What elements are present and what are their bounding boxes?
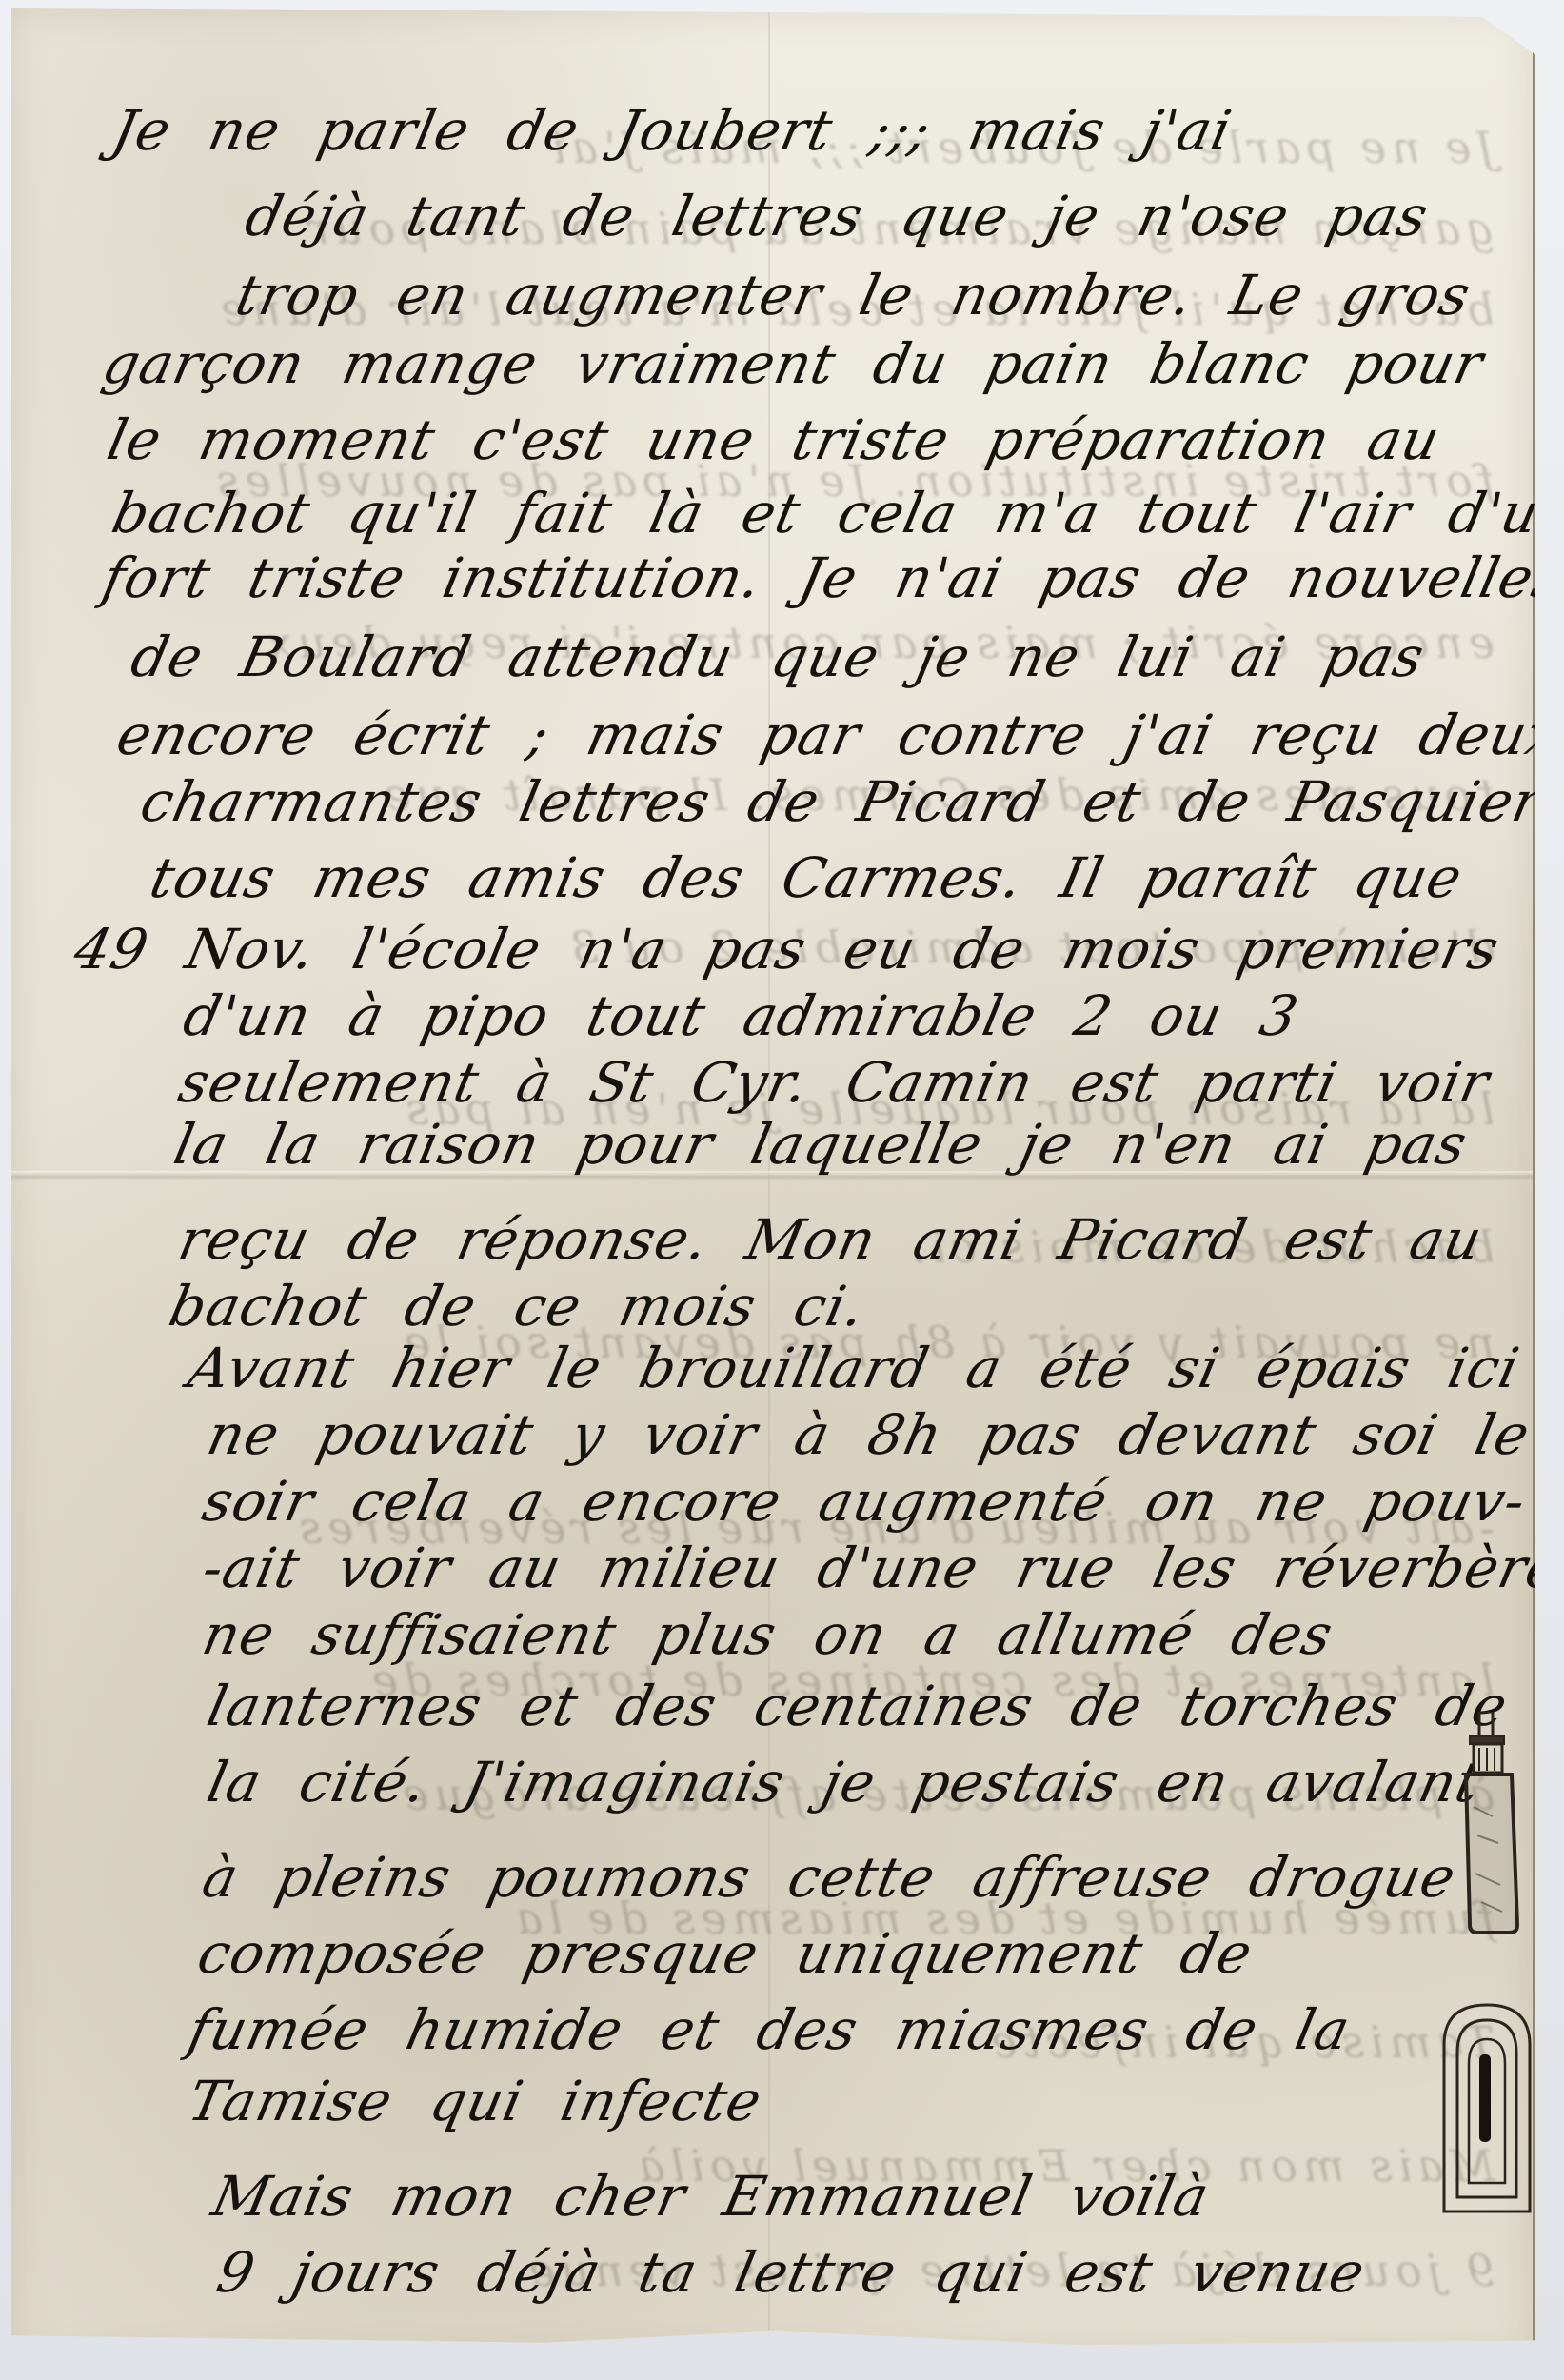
stoppered-vial-sketch [1449,1712,1534,1940]
letter-line: 49 Nov. l'école n'a pas eu de mois premi… [69,917,1505,982]
letter-line: ne pouvait y voir à 8h pas devant soi le [202,1402,1535,1467]
letter-line: la cité. J'imaginais je pestais en avala… [202,1750,1487,1815]
letter-line: déjà tant de lettres que je n'ose pas [240,184,1435,248]
letter-line: fort triste institution. Je n'ai pas de … [97,545,1564,610]
letter-line: lanternes et des centaines de torches de [202,1674,1514,1738]
letter-line: tous mes amis des Carmes. Il paraît que [145,845,1468,910]
letter-line: soir cela a encore augmenté on ne pouv- [197,1469,1532,1534]
arched-lamp-sketch [1435,1997,1539,2216]
letter-line: Tamise qui infecte [183,2069,768,2133]
letter-line: charmantes lettres de Picard et de Pasqu… [135,769,1548,834]
letter-line: encore écrit ; mais par contre j'ai reçu… [111,703,1564,767]
letter-line: garçon mange vraiment du pain blanc pour [97,331,1490,396]
letter-line: bachot de ce mois ci. [164,1274,871,1339]
letter-body: Je ne parle de Joubert ;;; mais j'ai déj… [11,8,1533,2359]
letter-line: la la raison pour laquelle je n'en ai pa… [168,1112,1473,1177]
letter-line: reçu de réponse. Mon ami Picard est au [173,1207,1488,1272]
letter-line: d'un à pipo tout admirable 2 ou 3 [178,983,1304,1048]
letter-line: de Boulard attendu que je ne lui ai pas [126,625,1430,689]
letter-line: fumée humide et des miasmes de la [183,1997,1356,2062]
letter-line: composée presque uniquement de [192,1921,1258,1986]
letter-line: le moment c'est une triste préparation a… [102,407,1446,472]
letter-line: Mais mon cher Emmanuel voilà [207,2164,1216,2229]
letter-line: trop en augmenter le nombre. Le gros [230,263,1476,327]
letter-line: -ait voir au milieu d'une rue les réverb… [197,1536,1564,1600]
letter-line: bachot qu'il fait là et cela m'a tout l'… [107,481,1564,545]
letter-line: 9 jours déjà ta lettre qui est venue [211,2240,1371,2305]
letter-sheet: Je ne parle de Joubert ;;; mais j'ai gar… [11,8,1535,2359]
letter-line: ne suffisaient plus on a allumé des [197,1602,1338,1667]
letter-line: Avant hier le brouillard a été si épais … [183,1336,1564,1400]
letter-line: à pleins poumons cette affreuse drogue [197,1845,1462,1910]
letter-line: seulement à St Cyr. Camin est parti voir [173,1050,1495,1115]
letter-line: Je ne parle de Joubert ;;; mais j'ai [107,98,1237,163]
